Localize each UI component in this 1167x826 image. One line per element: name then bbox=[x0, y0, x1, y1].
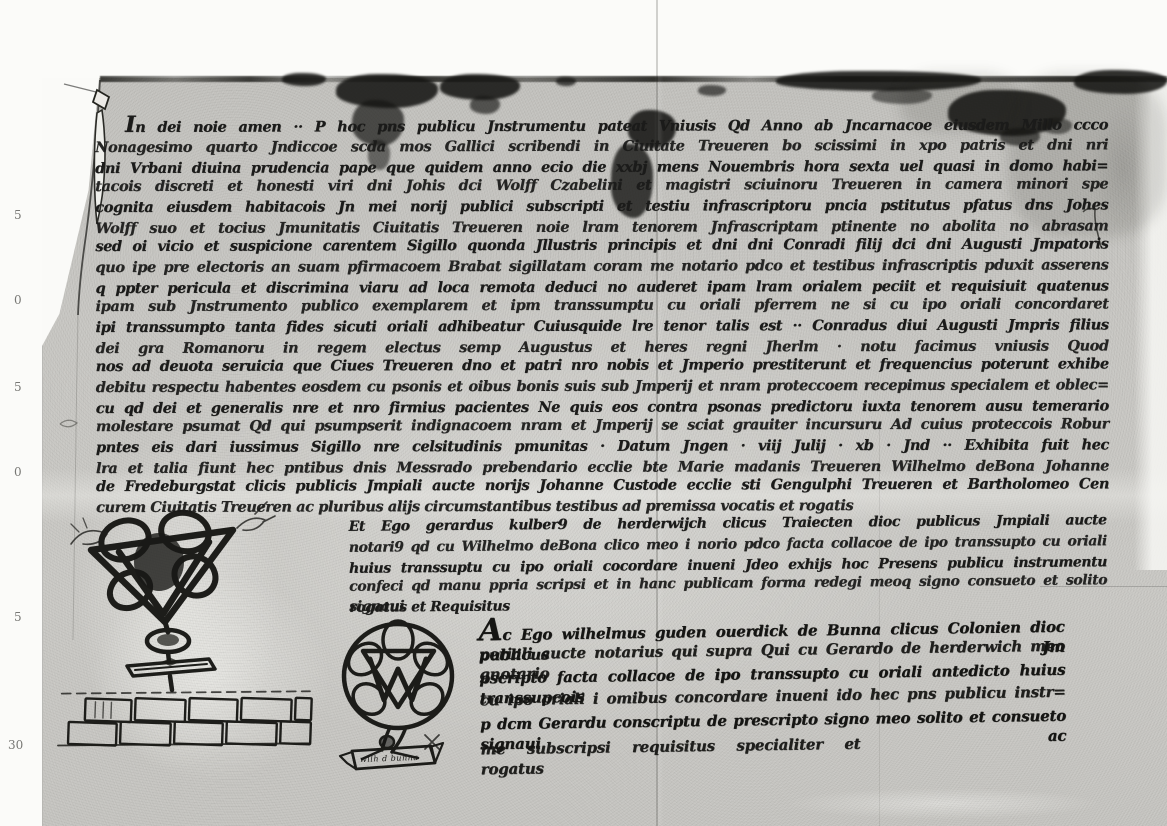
text-line: p dcm Gerardu conscriptu de prescripto s… bbox=[480, 706, 1066, 736]
text-line: me subscripsi requisitus specialiter et … bbox=[480, 734, 860, 761]
wilhelmus-subscription: Ac Ego wilhelmus guden ouerdick de Bunna… bbox=[0, 0, 1167, 826]
scanned-charter: 5050530 bbox=[0, 0, 1167, 826]
text-line: Ac Ego wilhelmus guden ouerdick de Bunna… bbox=[478, 611, 1064, 641]
